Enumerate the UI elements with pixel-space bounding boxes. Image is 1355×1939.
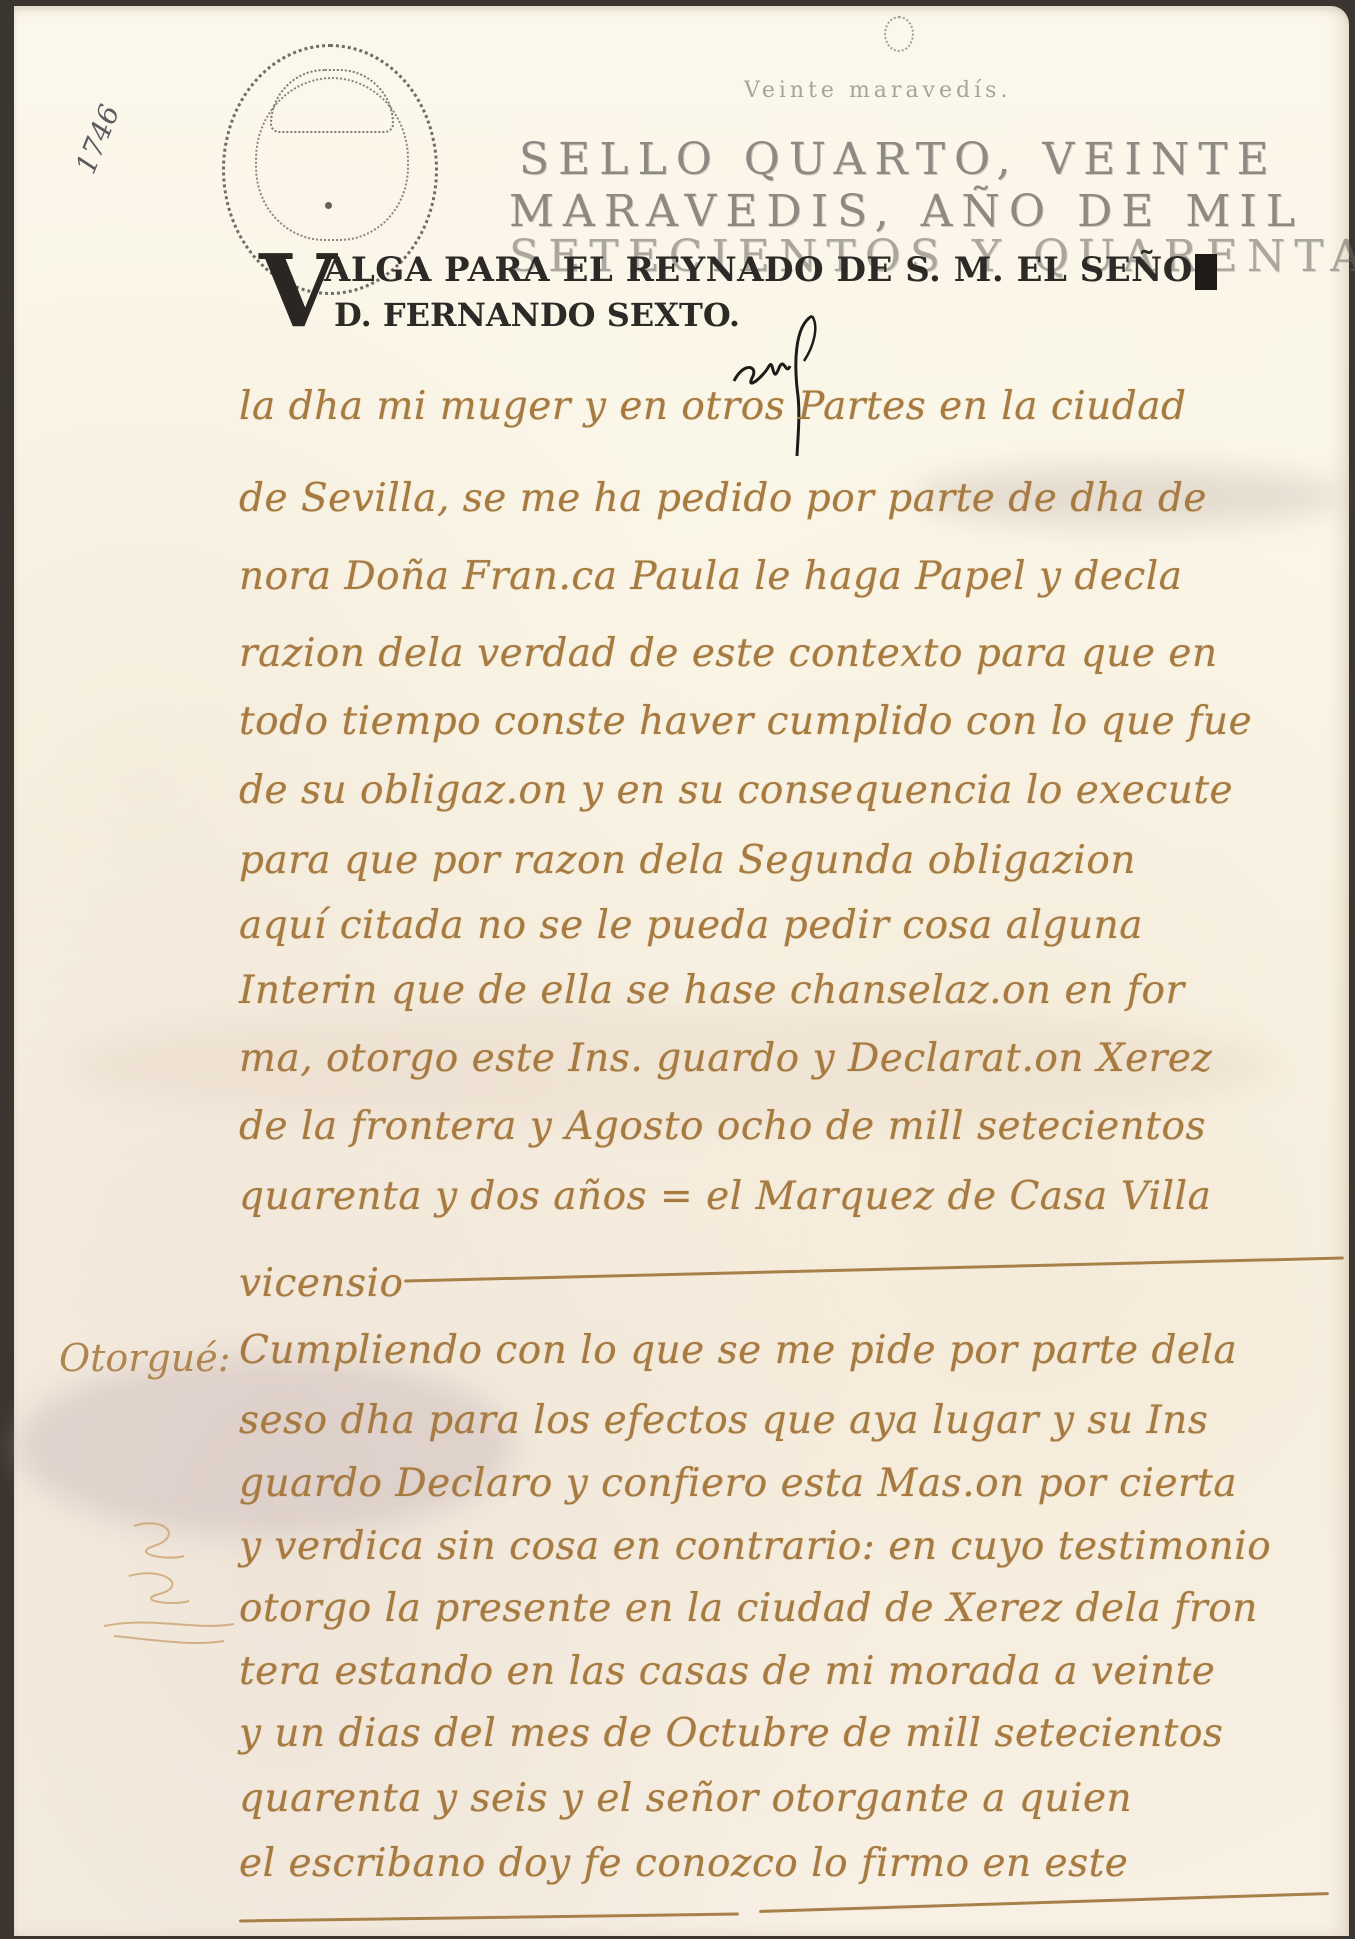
manuscript-line: de la frontera y Agosto ocho de mill set…: [239, 1104, 1206, 1149]
seal-center-dot: [325, 202, 332, 209]
manuscript-line: Interin que de ella se hase chanselaz.on…: [239, 968, 1185, 1013]
manuscript-line: quarenta y dos años = el Marquez de Casa…: [239, 1174, 1211, 1219]
manuscript-line: para que por razon dela Segunda obligazi…: [239, 838, 1136, 883]
underline-rule: [759, 1892, 1329, 1913]
stamp-line-2: MARAVEDIS, AÑO DE MIL: [509, 186, 1304, 237]
underline-rule: [239, 1913, 739, 1923]
manuscript-line: guardo Declaro y confiero esta Mas.on po…: [239, 1461, 1237, 1506]
manuscript-line: y verdica sin cosa en contrario: en cuyo…: [239, 1524, 1271, 1569]
document-page: 1746 Veinte maravedís. SELLO QUARTO, VEI…: [14, 6, 1349, 1936]
manuscript-line: aquí citada no se le pueda pedir cosa al…: [239, 903, 1143, 948]
manuscript-line: el escribano doy fe conozco lo firmo en …: [239, 1841, 1128, 1886]
manuscript-line: tera estando en las casas de mi morada a…: [239, 1649, 1215, 1694]
margin-note: Otorgué:: [59, 1336, 231, 1380]
ink-blot: [1195, 254, 1217, 290]
manuscript-line: nora Doña Fran.ca Paula le haga Papel y …: [239, 554, 1182, 599]
manuscript-line: Cumpliendo con lo que se me pide por par…: [239, 1328, 1237, 1373]
stamp-valga-line-2: D. FERNANDO SEXTO.: [334, 296, 740, 334]
manuscript-line: la dha mi muger y en otros Partes en la …: [239, 384, 1186, 429]
manuscript-line: todo tiempo conste haver cumplido con lo…: [239, 699, 1252, 744]
manuscript-line: y un dias del mes de Octubre de mill set…: [239, 1711, 1223, 1756]
rubric-signature-icon: [724, 306, 834, 456]
stamp-valga-line-1: ALGA PARA EL REYNADO DE S. M. EL SEÑO: [324, 250, 1217, 290]
signature-flourish-icon: [74, 1506, 244, 1686]
year-annotation: 1746: [69, 100, 126, 178]
manuscript-line: ma, otorgo este Ins. guardo y Declarat.o…: [239, 1036, 1212, 1081]
manuscript-line: vicensio: [239, 1261, 404, 1306]
manuscript-line: razion dela verdad de este contexto para…: [239, 631, 1218, 676]
manuscript-line: seso dha para los efectos que aya lugar …: [239, 1398, 1208, 1443]
closing-line-rule: [404, 1257, 1344, 1283]
shield-icon: [255, 77, 409, 241]
valga-text-1: ALGA PARA EL REYNADO DE S. M. EL SEÑO: [324, 250, 1193, 290]
manuscript-line: otorgo la presente en la ciudad de Xerez…: [239, 1586, 1258, 1631]
manuscript-line: de su obligaz.on y en su consequencia lo…: [239, 768, 1233, 813]
stamp-price-line: Veinte maravedís.: [744, 78, 1011, 103]
ornament-icon: [884, 16, 914, 52]
manuscript-line: quarenta y seis y el señor otorgante a q…: [239, 1776, 1132, 1821]
manuscript-line: de Sevilla, se me ha pedido por parte de…: [239, 476, 1207, 521]
stamp-line-1: SELLO QUARTO, VEINTE: [519, 134, 1278, 185]
